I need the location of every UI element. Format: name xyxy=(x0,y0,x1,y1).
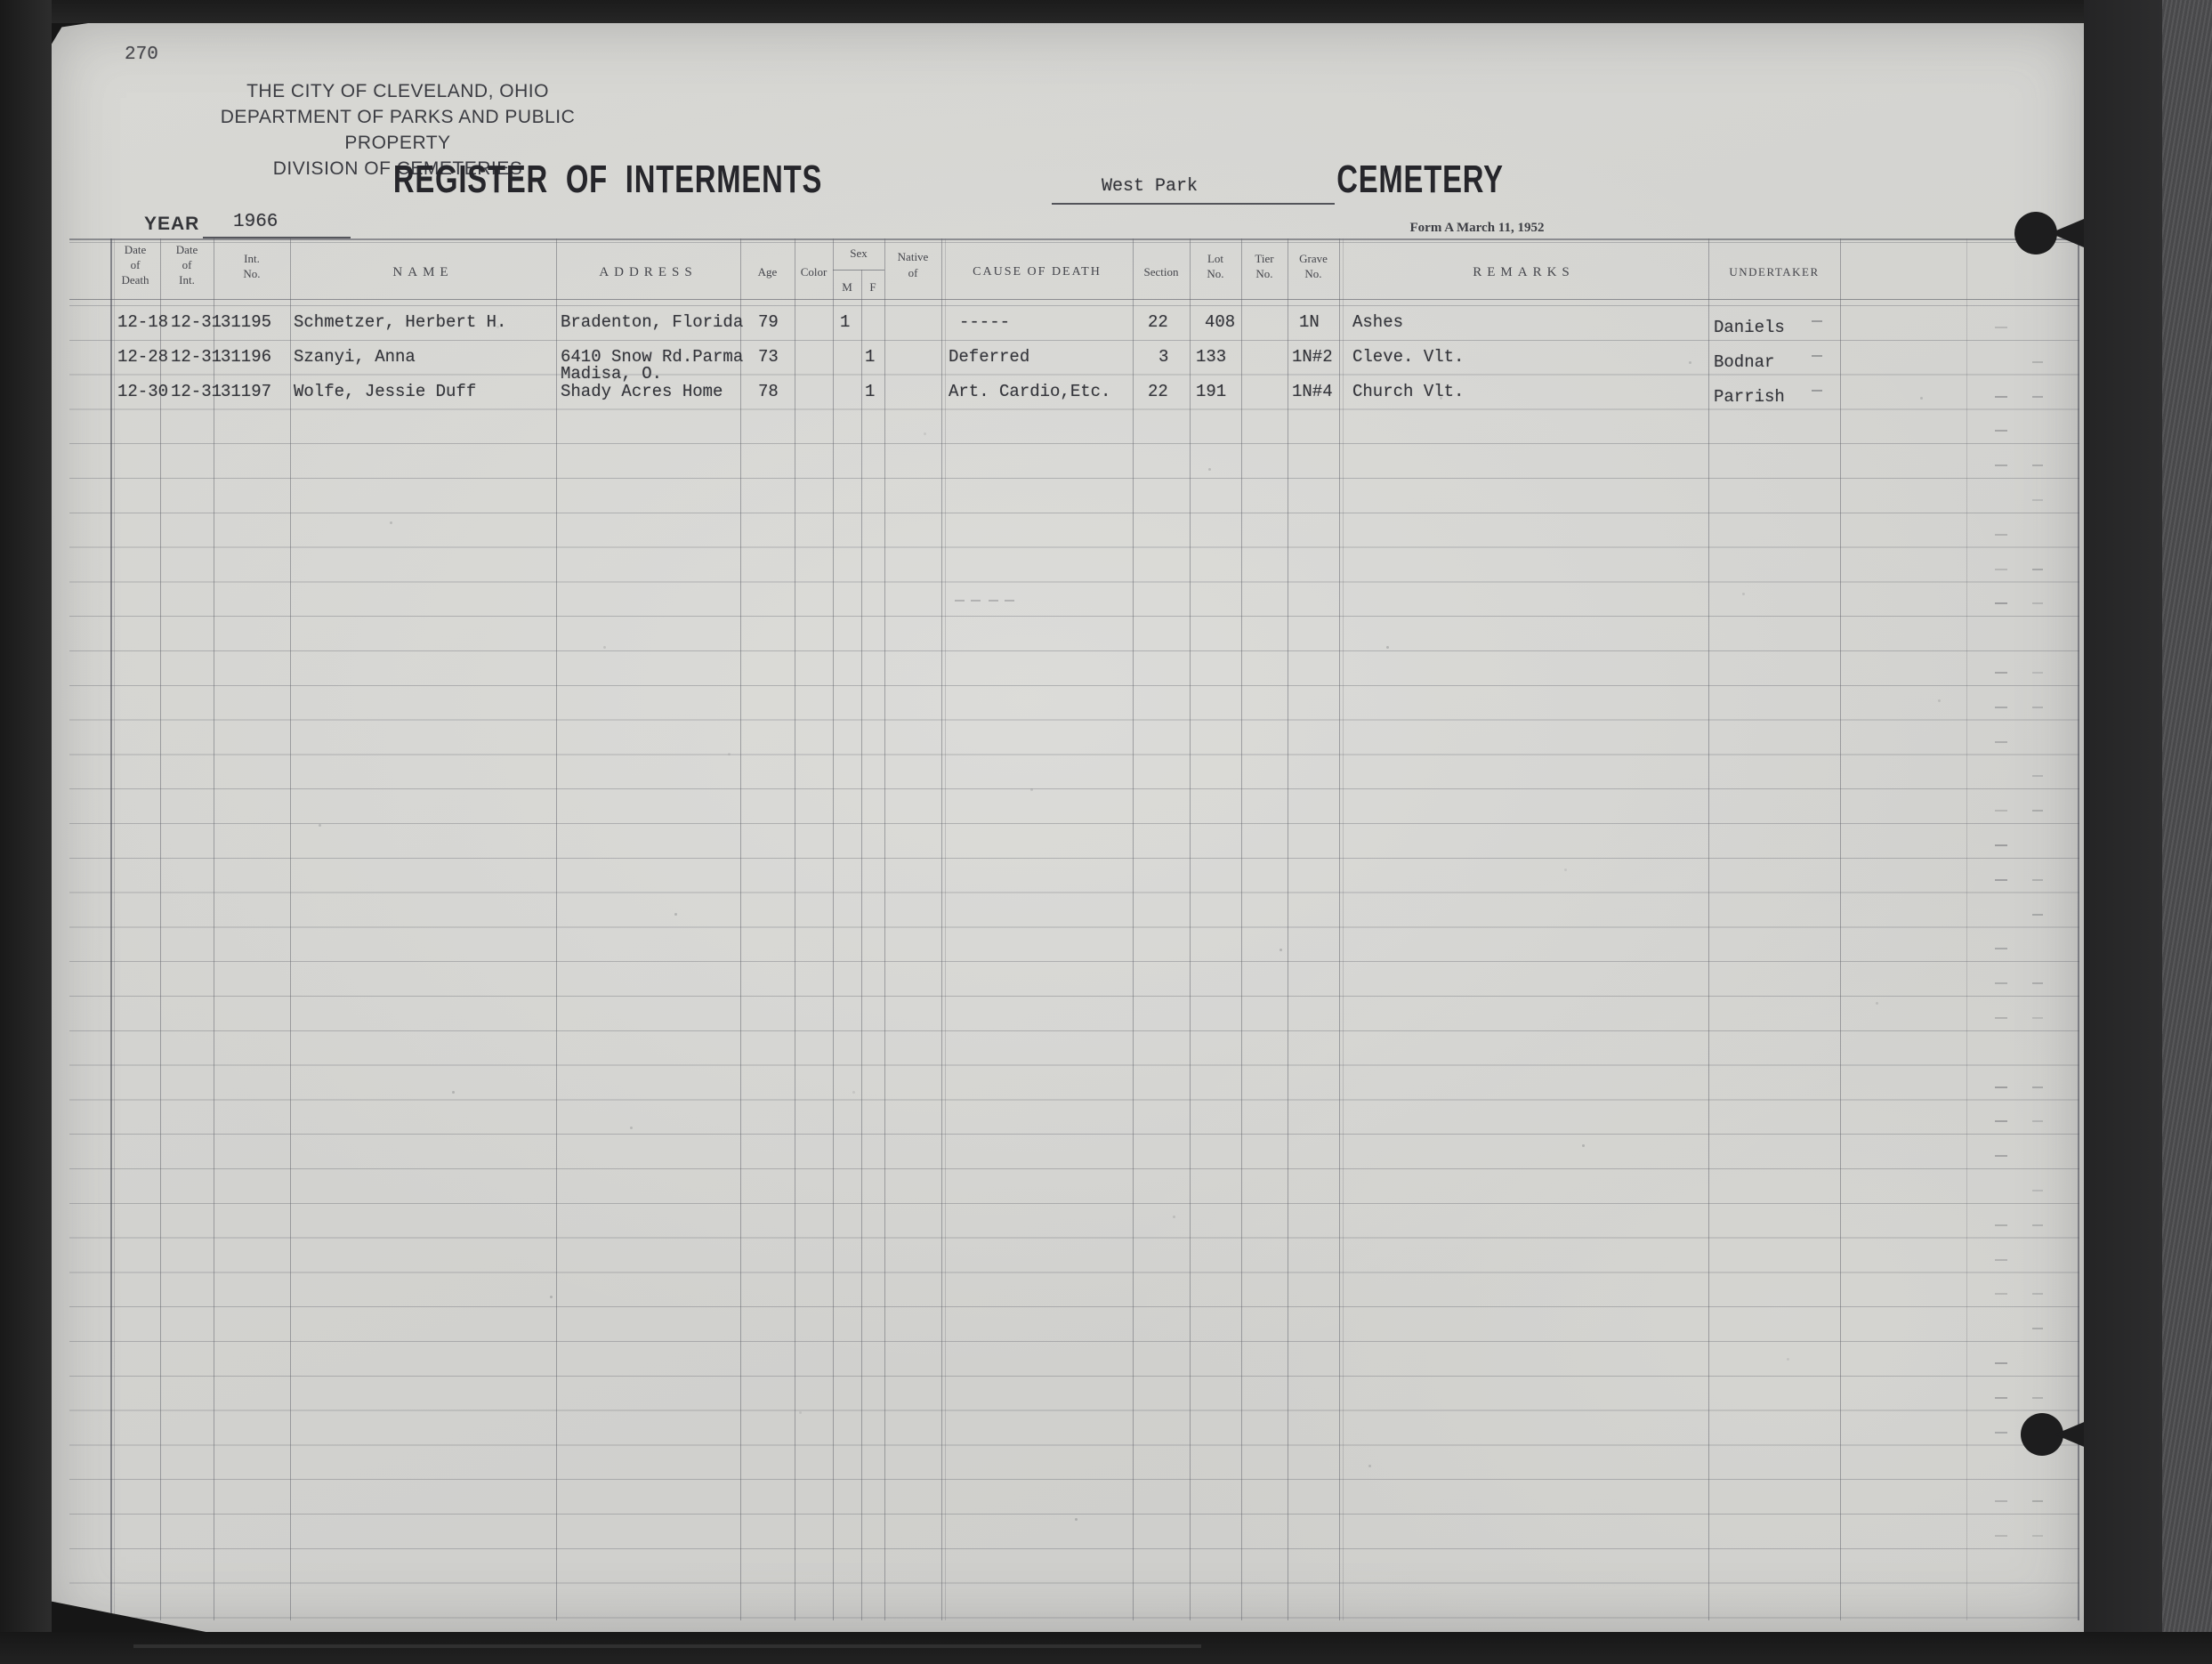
ghost-dash xyxy=(2032,569,2043,570)
ghost-dash xyxy=(1995,1224,2007,1226)
margin-line-right xyxy=(1966,238,1967,1620)
paper-speck xyxy=(1280,949,1282,951)
ghost-dash xyxy=(2032,1224,2043,1226)
paper-speck xyxy=(924,432,926,435)
header-native-of: Native of xyxy=(884,249,941,281)
column-line xyxy=(884,238,885,1620)
paper-speck xyxy=(550,1296,553,1298)
paper-speck xyxy=(1689,361,1691,364)
header-date-of-death: Date of Death xyxy=(110,242,160,287)
ghost-dash xyxy=(1812,355,1822,357)
column-line xyxy=(1708,238,1709,1620)
cell-address-line2: Shady Acres Home xyxy=(561,383,723,400)
cell-address-line1: Madisa, O. xyxy=(561,365,662,383)
binding-fastener-top-tab xyxy=(2050,219,2084,247)
cell-date-of-death: 12-18 xyxy=(117,305,168,340)
header-address: ADDRESS xyxy=(556,238,740,306)
header-sex: Sex xyxy=(833,246,884,261)
paper-speck xyxy=(603,646,606,649)
paper-speck xyxy=(1208,468,1211,471)
cell-cause-of-death: Deferred xyxy=(949,340,1029,375)
column-line xyxy=(795,238,795,1620)
cell-int-no: 31196 xyxy=(221,340,271,375)
paper-speck xyxy=(630,1127,633,1129)
cell-lot-no: 133 xyxy=(1196,340,1226,375)
column-line xyxy=(1190,238,1191,1620)
cell-cause-of-death: Art. Cardio,Etc. xyxy=(949,375,1110,409)
ghost-dash xyxy=(1995,810,2007,812)
header-color: Color xyxy=(795,238,833,306)
column-line xyxy=(1241,238,1242,1620)
ghost-dash xyxy=(2032,1190,2043,1191)
paper-speck xyxy=(1173,1216,1175,1218)
ghost-dash xyxy=(1995,982,2007,984)
header-remarks: REMARKS xyxy=(1339,238,1708,306)
paper-speck xyxy=(1564,868,1567,871)
header-sex-m: M xyxy=(833,274,861,301)
year-value: 1966 xyxy=(233,212,278,232)
paper-speck xyxy=(1030,788,1033,791)
sex-subheader-divider xyxy=(833,270,884,271)
column-line xyxy=(945,238,946,1620)
paper-speck xyxy=(496,326,499,328)
ghost-dash xyxy=(2032,810,2043,812)
ghost-dash xyxy=(1812,320,1822,322)
ghost-dash xyxy=(2032,982,2043,984)
ghost-dash xyxy=(1995,396,2007,398)
ghost-dash xyxy=(1995,672,2007,674)
ghost-dash xyxy=(1995,1432,2007,1434)
scanned-register-page: 270 THE CITY OF CLEVELAND, OHIO DEPARTME… xyxy=(0,0,2212,1664)
cell-name: Szanyi, Anna xyxy=(294,340,416,375)
ghost-dash xyxy=(1995,741,2007,743)
cell-sex-m: 1 xyxy=(840,305,850,340)
register-title: REGISTER OF INTERMENTS xyxy=(389,158,827,202)
book-binding-edge xyxy=(2084,0,2162,1664)
cell-age: 73 xyxy=(758,340,779,375)
column-line xyxy=(110,238,112,1620)
paper-speck xyxy=(1075,1518,1078,1521)
ghost-dash xyxy=(2032,396,2043,398)
cemetery-name-underline: West Park xyxy=(1052,164,1335,205)
ghost-dash xyxy=(2032,775,2043,777)
cemetery-label: CEMETERY xyxy=(1311,158,1530,202)
ghost-dash xyxy=(1995,948,2007,949)
column-line xyxy=(1339,238,1340,1620)
ghost-dash xyxy=(955,600,965,602)
ghost-dash xyxy=(1995,707,2007,708)
cell-sex-f: 1 xyxy=(865,375,875,409)
paper-speck xyxy=(1787,1358,1789,1361)
cell-remarks: Ashes xyxy=(1352,305,1403,340)
ghost-dash xyxy=(2032,499,2043,501)
cell-age: 79 xyxy=(758,305,779,340)
page-number: 270 xyxy=(125,44,158,65)
ghost-dash xyxy=(2032,1293,2043,1295)
cell-int-no: 31197 xyxy=(221,375,271,409)
scan-border-left xyxy=(0,0,52,1664)
header-lot-no: Lot No. xyxy=(1190,251,1241,281)
ghost-dash xyxy=(1995,1535,2007,1537)
scan-border-bottom xyxy=(0,1632,2212,1664)
ghost-dash xyxy=(1995,1397,2007,1399)
ghost-dash xyxy=(1995,1017,2007,1019)
paper-speck xyxy=(1938,699,1941,702)
cell-date-of-int: 12-31 xyxy=(171,340,222,375)
header-sex-f: F xyxy=(861,274,884,301)
column-line xyxy=(833,238,834,1620)
table-right-border xyxy=(2078,238,2079,1620)
cell-undertaker: Parrish xyxy=(1714,380,1785,415)
ghost-dash xyxy=(1995,1120,2007,1122)
ghost-dash xyxy=(2032,1397,2043,1399)
header-name: NAME xyxy=(290,238,556,306)
ghost-dash xyxy=(971,600,981,602)
ghost-dash xyxy=(1812,390,1822,392)
cell-name: Wolfe, Jessie Duff xyxy=(294,375,476,409)
table-row: 12-30 12-31 31197 Wolfe, Jessie Duff Mad… xyxy=(52,375,2084,409)
header-section: Section xyxy=(1133,238,1190,306)
cell-int-no: 31195 xyxy=(221,305,271,340)
cell-remarks: Cleve. Vlt. xyxy=(1352,340,1464,375)
ghost-dash xyxy=(2032,464,2043,466)
table-row: 12-28 12-31 31196 Szanyi, Anna 6410 Snow… xyxy=(52,340,2084,375)
ghost-dash xyxy=(2032,1535,2043,1537)
cell-lot-no: 408 xyxy=(1205,305,1235,340)
paper-speck xyxy=(852,1091,855,1094)
header-age: Age xyxy=(740,238,795,306)
column-line xyxy=(114,238,115,1620)
cell-section: 22 xyxy=(1148,305,1168,340)
column-line xyxy=(1840,238,1841,1620)
ghost-dash xyxy=(1995,464,2007,466)
ghost-dash xyxy=(1995,1086,2007,1088)
ghost-dash xyxy=(1995,327,2007,328)
cell-grave-no: 1N xyxy=(1299,305,1320,340)
scan-border-top xyxy=(0,0,2212,23)
year-label: YEAR xyxy=(144,214,199,235)
cell-remarks: Church Vlt. xyxy=(1352,375,1464,409)
ghost-dash xyxy=(2032,1120,2043,1122)
cell-section: 22 xyxy=(1148,375,1168,409)
paper-speck xyxy=(1876,1002,1878,1005)
paper-speck xyxy=(452,1091,455,1094)
cell-address: Bradenton, Florida xyxy=(561,305,743,340)
header-grave-no: Grave No. xyxy=(1288,251,1339,281)
header-int-no: Int. No. xyxy=(214,251,290,281)
column-line xyxy=(160,238,161,1620)
ghost-dash xyxy=(2032,914,2043,916)
ghost-dash xyxy=(2032,1017,2043,1019)
column-line xyxy=(214,238,214,1620)
paper-speck xyxy=(1920,397,1923,400)
header-undertaker: UNDERTAKER xyxy=(1708,238,1840,306)
ghost-dash xyxy=(2032,361,2043,363)
ghost-dash xyxy=(1995,569,2007,570)
cell-date-of-death: 12-28 xyxy=(117,340,168,375)
cell-date-of-death: 12-30 xyxy=(117,375,168,409)
header-cause-of-death: CAUSE OF DEATH xyxy=(941,238,1133,306)
column-line xyxy=(1343,238,1344,1620)
ghost-dash xyxy=(1995,1500,2007,1502)
column-line xyxy=(941,238,942,1620)
paper-speck xyxy=(1386,646,1389,649)
column-line xyxy=(740,238,741,1620)
ghost-dash xyxy=(1995,1259,2007,1261)
org-line-city: THE CITY OF CLEVELAND, OHIO xyxy=(175,78,620,104)
header-tier-no: Tier No. xyxy=(1241,251,1288,281)
cell-cause-of-death: ----- xyxy=(959,305,1010,340)
book-cover-edge xyxy=(2162,0,2212,1664)
column-line xyxy=(1288,238,1288,1620)
ghost-dash xyxy=(2032,879,2043,881)
paper-speck xyxy=(674,913,677,916)
cell-date-of-int: 12-31 xyxy=(171,375,222,409)
column-line xyxy=(1133,238,1134,1620)
cemetery-name-value: West Park xyxy=(1102,176,1198,197)
ruled-lines xyxy=(69,305,2079,1620)
paper-speck xyxy=(1368,1465,1371,1467)
column-line-sex-mf xyxy=(861,270,862,1620)
ghost-dash xyxy=(1995,1293,2007,1295)
cell-sex-f: 1 xyxy=(865,340,875,375)
paper-speck xyxy=(1742,593,1745,595)
ghost-dash xyxy=(2032,1500,2043,1502)
binding-fastener-bottom-tab xyxy=(2055,1420,2088,1449)
paper-sheet: 270 THE CITY OF CLEVELAND, OHIO DEPARTME… xyxy=(52,23,2084,1632)
ghost-dash xyxy=(1995,844,2007,846)
cell-grave-no: 1N#2 xyxy=(1292,340,1333,375)
form-note: Form A March 11, 1952 xyxy=(1344,221,1611,236)
cell-grave-no: 1N#4 xyxy=(1292,375,1333,409)
header-date-of-int: Date of Int. xyxy=(160,242,214,287)
table-row: 12-18 12-31 31195 Schmetzer, Herbert H. … xyxy=(52,305,2084,340)
paper-speck xyxy=(1582,1144,1585,1147)
ghost-dash xyxy=(2032,602,2043,604)
paper-speck xyxy=(390,521,392,524)
cell-age: 78 xyxy=(758,375,779,409)
ghost-dash xyxy=(2032,707,2043,708)
ghost-dash xyxy=(2032,1086,2043,1088)
binding-stitch-line xyxy=(133,1644,1201,1648)
cell-name: Schmetzer, Herbert H. xyxy=(294,305,506,340)
paper-speck xyxy=(728,753,731,755)
column-line xyxy=(556,238,557,1620)
paper-speck xyxy=(799,1411,802,1414)
ghost-dash xyxy=(1005,600,1014,602)
cell-lot-no: 191 xyxy=(1196,375,1226,409)
ghost-dash xyxy=(1995,879,2007,881)
ghost-dash xyxy=(1995,534,2007,536)
paper-speck xyxy=(319,824,321,827)
ghost-dash xyxy=(2032,672,2043,674)
ghost-dash xyxy=(1995,602,2007,604)
paper-speck xyxy=(1440,397,1442,400)
org-line-department: DEPARTMENT OF PARKS AND PUBLIC PROPERTY xyxy=(175,104,620,156)
ghost-dash xyxy=(1995,430,2007,432)
ghost-dash xyxy=(1995,1362,2007,1364)
ghost-dash xyxy=(1995,1155,2007,1157)
column-line xyxy=(290,238,291,1620)
cell-section: 3 xyxy=(1158,340,1168,375)
ghost-dash xyxy=(2032,1328,2043,1329)
cell-date-of-int: 12-31 xyxy=(171,305,222,340)
ghost-dash xyxy=(989,600,998,602)
